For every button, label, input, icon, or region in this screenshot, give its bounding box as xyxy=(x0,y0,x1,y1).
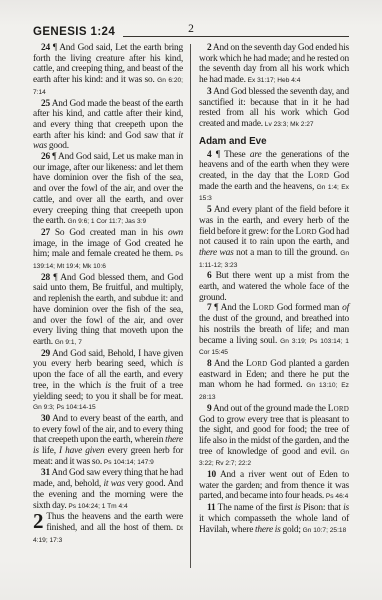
verse-paragraph: 31 And God saw every thing that he had m… xyxy=(33,468,183,512)
cross-reference: Lv 23:3; Mk 2:27 xyxy=(265,121,314,128)
pilcrow-mark: ¶ xyxy=(214,303,218,313)
cross-reference: Ps 104:24; 1 Tm 4:4 xyxy=(68,503,127,510)
verse-paragraph: 10 And a river went out of Eden to water… xyxy=(199,470,349,503)
verse-text-segment: there is xyxy=(255,525,281,535)
pilcrow-mark: ¶ xyxy=(53,273,57,283)
verse-text-segment: are xyxy=(250,150,262,160)
verse-text-segment: And God blessed them, and God said unto … xyxy=(33,273,183,347)
verse-text-segment: And the xyxy=(214,359,246,369)
verse-number: 9 xyxy=(207,404,212,414)
verse-paragraph: 25 And God made the beast of the earth a… xyxy=(33,99,183,153)
verse-number: 7 xyxy=(207,303,212,313)
running-head: GENESIS 1:24 xyxy=(33,25,123,40)
cross-reference: Ps 104:14; 147:9 xyxy=(104,459,154,466)
cross-reference: Gn 10:7; 25:18 xyxy=(303,527,347,534)
chapter-number: 2 xyxy=(33,513,43,531)
verse-text-segment: Lord xyxy=(295,227,316,237)
verse-text-segment: But there went up a mist from the earth,… xyxy=(199,271,349,302)
verse-paragraph: 3 And God blessed the seventh day, and s… xyxy=(199,87,349,131)
verse-paragraph: 7 ¶ And the Lord God formed man of the d… xyxy=(199,303,349,359)
verse-text-segment: own xyxy=(168,228,183,238)
pilcrow-mark: ¶ xyxy=(53,43,57,53)
verse-number: 28 xyxy=(41,273,50,283)
verse-text-segment: God formed man xyxy=(274,303,342,313)
verse-text-segment: And God said, Let us make man in our ima… xyxy=(33,152,183,226)
verse-paragraph: 29 And God said, Behold, I have given yo… xyxy=(33,349,183,414)
verse-text-segment: And God said, Behold, I have given you e… xyxy=(33,349,183,370)
verse-number: 29 xyxy=(41,349,50,359)
verse-number: 3 xyxy=(207,87,212,97)
verse-text-segment: good. xyxy=(47,141,69,151)
verse-text-segment: is xyxy=(343,503,349,513)
verse-text-segment: Thus the heavens and the earth were fini… xyxy=(46,512,183,533)
cross-reference: Gn 9:6; 1 Cor 11:7; Jas 3:9 xyxy=(67,218,146,225)
verse-paragraph: 4 ¶ These are the generations of the hea… xyxy=(199,150,349,206)
verse-paragraph: 11 The name of the first is Pison: that … xyxy=(199,503,349,536)
left-column: 24 ¶ And God said, Let the earth bring f… xyxy=(33,43,183,546)
verse-paragraph: 30 And to every beast of the earth, and … xyxy=(33,414,183,469)
verse-paragraph: 26 ¶ And God said, Let us make man in ou… xyxy=(33,152,183,228)
verse-text-segment: it was xyxy=(103,479,124,489)
verse-number: 26 xyxy=(41,152,50,162)
verse-text-segment: Lord xyxy=(328,404,349,414)
verse-number: 31 xyxy=(41,468,50,478)
chapter-paragraph: 2Thus the heavens and the earth were fin… xyxy=(33,512,183,546)
verse-text-segment: I have given xyxy=(59,446,104,456)
verse-text-segment: life, xyxy=(39,446,59,456)
verse-text-segment: Lord xyxy=(253,303,274,313)
verse-paragraph: 24 ¶ And God said, Let the earth bring f… xyxy=(33,43,183,99)
verse-text-segment: And the xyxy=(221,303,253,313)
pilcrow-mark: ¶ xyxy=(216,150,220,160)
verse-text-segment: And God made the beast of the earth afte… xyxy=(33,99,183,141)
verse-text-segment: Lord xyxy=(308,171,329,181)
verse-paragraph: 28 ¶ And God blessed them, and God said … xyxy=(33,273,183,349)
verse-number: 27 xyxy=(41,228,50,238)
verse-number: 4 xyxy=(207,150,212,160)
verse-text-segment: These xyxy=(224,150,250,160)
verse-text-segment: And out of the ground made the xyxy=(213,404,328,414)
verse-number: 2 xyxy=(207,43,212,53)
verse-text-segment: Lord xyxy=(246,359,267,369)
verse-number: 10 xyxy=(207,470,216,480)
bible-page: GENESIS 1:24 2 24 ¶ And God said, Let th… xyxy=(0,0,382,600)
page-number: 2 xyxy=(188,22,194,36)
section-heading: Adam and Eve xyxy=(199,136,349,147)
verse-number: 6 xyxy=(207,271,212,281)
verse-number: 8 xyxy=(207,359,212,369)
pilcrow-mark: ¶ xyxy=(52,152,56,162)
verse-paragraph: 9 And out of the ground made the Lord Go… xyxy=(199,404,349,470)
verse-number: 30 xyxy=(41,414,50,424)
verse-number: 5 xyxy=(207,205,212,215)
verse-text-segment: not a man to till the ground. xyxy=(234,248,338,258)
text-columns: 24 ¶ And God said, Let the earth bring f… xyxy=(33,43,349,546)
cross-reference: Ex 31:17; Heb 4:4 xyxy=(248,77,301,84)
verse-text-segment: So God created man in his xyxy=(55,228,168,238)
verse-text-segment: there was xyxy=(199,248,234,258)
right-column: 2 And on the seventh day God ended his w… xyxy=(199,43,349,546)
cross-reference: Gn 9:1, 7 xyxy=(55,339,82,346)
cross-reference: Gn 9:3; Ps 104:14-15 xyxy=(33,404,96,411)
verse-text-segment: image, in the image of God created he hi… xyxy=(33,239,183,260)
verse-text-segment: Pison: that xyxy=(301,503,343,513)
verse-text-segment: The name of the first xyxy=(218,503,295,513)
page-header: GENESIS 1:24 2 xyxy=(33,22,349,37)
verse-text-segment: of xyxy=(342,303,349,313)
verse-paragraph: 27 So God created man in his own image, … xyxy=(33,228,183,273)
verse-text-segment: gold; xyxy=(281,525,301,535)
verse-text-segment: God to grow every tree that is pleasant … xyxy=(199,415,349,457)
cross-reference: Ps 46:4 xyxy=(326,493,348,500)
verse-text-segment: And to every beast of the earth, and to … xyxy=(33,414,183,445)
verse-text-segment: is xyxy=(177,359,183,369)
verse-paragraph: 5 And every plant of the field before it… xyxy=(199,205,349,271)
verse-paragraph: 6 But there went up a mist from the eart… xyxy=(199,271,349,303)
column-divider xyxy=(190,44,191,568)
verse-number: 24 xyxy=(41,43,50,53)
verse-paragraph: 2 And on the seventh day God ended his w… xyxy=(199,43,349,87)
verse-number: 25 xyxy=(41,99,50,109)
verse-number: 11 xyxy=(207,503,215,513)
verse-paragraph: 8 And the Lord God planted a garden east… xyxy=(199,359,349,404)
